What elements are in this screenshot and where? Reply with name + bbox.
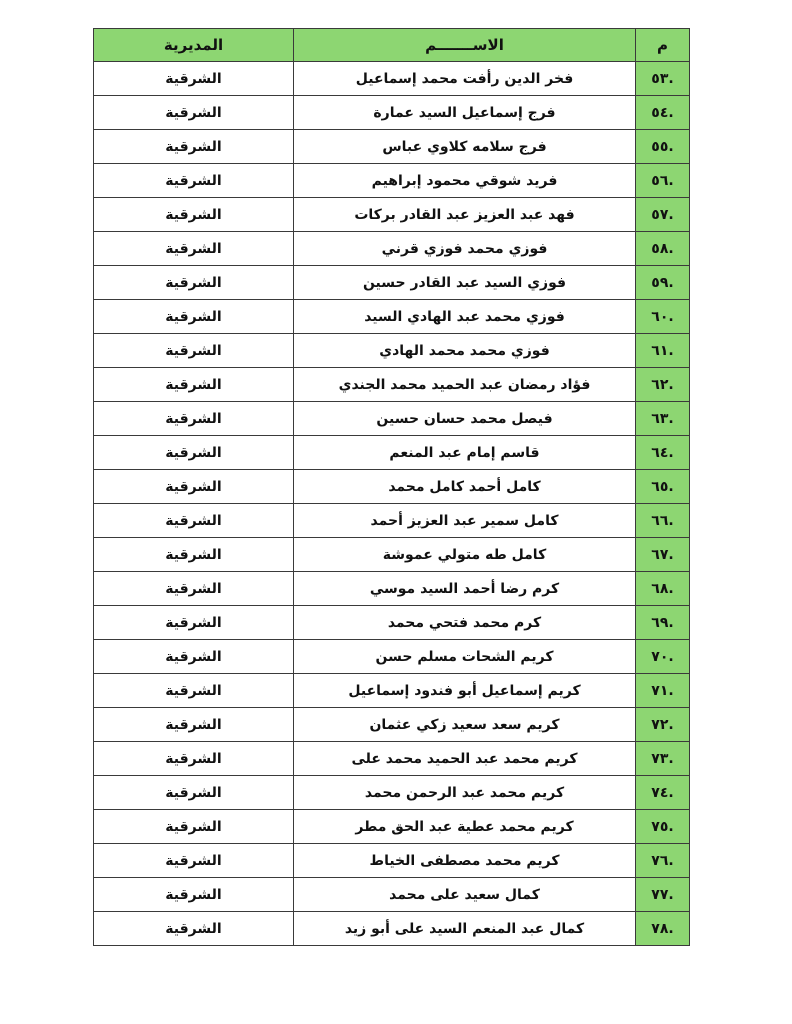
table-row: .٧٧كمال سعيد على محمدالشرقية: [94, 878, 690, 912]
row-name: فوزي محمد محمد الهادي: [294, 334, 636, 368]
row-number: .٥٥: [636, 130, 690, 164]
table-row: .٦٦كامل سمير عبد العزيز أحمدالشرقية: [94, 504, 690, 538]
row-directorate: الشرقية: [94, 232, 294, 266]
row-number: .٧٨: [636, 912, 690, 946]
names-table: م الاســـــــم المديرية .٥٣فخر الدين رأف…: [93, 28, 690, 946]
row-number: .٧٥: [636, 810, 690, 844]
row-name: كريم محمد عطية عبد الحق مطر: [294, 810, 636, 844]
row-name: فوزي السيد عبد القادر حسين: [294, 266, 636, 300]
table-row: .٥٤فرج إسماعيل السيد عمارةالشرقية: [94, 96, 690, 130]
table-row: .٧١كريم إسماعيل أبو فندود إسماعيلالشرقية: [94, 674, 690, 708]
row-directorate: الشرقية: [94, 62, 294, 96]
row-directorate: الشرقية: [94, 912, 294, 946]
row-number: .٧٣: [636, 742, 690, 776]
table-row: .٧٨كمال عبد المنعم السيد على أبو زيدالشر…: [94, 912, 690, 946]
document-page: م الاســـــــم المديرية .٥٣فخر الدين رأف…: [0, 0, 792, 1024]
table-row: .٧٠كريم الشحات مسلم حسنالشرقية: [94, 640, 690, 674]
row-number: .٥٦: [636, 164, 690, 198]
row-directorate: الشرقية: [94, 708, 294, 742]
row-directorate: الشرقية: [94, 470, 294, 504]
table-row: .٥٨فوزي محمد فوزي قرنيالشرقية: [94, 232, 690, 266]
row-number: .٥٣: [636, 62, 690, 96]
row-name: فرج سلامه كلاوي عباس: [294, 130, 636, 164]
table-row: .٦٢فؤاد رمضان عبد الحميد محمد الجنديالشر…: [94, 368, 690, 402]
row-name: كريم محمد مصطفى الخياط: [294, 844, 636, 878]
table-row: .٦٩كرم محمد فتحي محمدالشرقية: [94, 606, 690, 640]
row-number: .٦٠: [636, 300, 690, 334]
row-name: كرم محمد فتحي محمد: [294, 606, 636, 640]
row-name: كرم رضا أحمد السيد موسي: [294, 572, 636, 606]
row-name: كريم محمد عبد الرحمن محمد: [294, 776, 636, 810]
row-number: .٦٦: [636, 504, 690, 538]
row-number: .٦٥: [636, 470, 690, 504]
row-number: .٥٧: [636, 198, 690, 232]
row-number: .٦٧: [636, 538, 690, 572]
table-row: .٦١فوزي محمد محمد الهاديالشرقية: [94, 334, 690, 368]
row-number: .٧٦: [636, 844, 690, 878]
row-name: فوزي محمد عبد الهادي السيد: [294, 300, 636, 334]
table-row: .٦٨كرم رضا أحمد السيد موسيالشرقية: [94, 572, 690, 606]
table-row: .٥٧فهد عبد العزيز عبد القادر بركاتالشرقي…: [94, 198, 690, 232]
row-directorate: الشرقية: [94, 572, 294, 606]
row-number: .٦٣: [636, 402, 690, 436]
row-name: كريم الشحات مسلم حسن: [294, 640, 636, 674]
table-row: .٥٣فخر الدين رأفت محمد إسماعيلالشرقية: [94, 62, 690, 96]
table-row: .٧٢كريم سعد سعيد زكي عثمانالشرقية: [94, 708, 690, 742]
header-name: الاســـــــم: [294, 29, 636, 62]
row-number: .٥٩: [636, 266, 690, 300]
row-number: .٦١: [636, 334, 690, 368]
row-name: كامل سمير عبد العزيز أحمد: [294, 504, 636, 538]
row-name: كمال عبد المنعم السيد على أبو زيد: [294, 912, 636, 946]
row-directorate: الشرقية: [94, 742, 294, 776]
row-directorate: الشرقية: [94, 844, 294, 878]
row-name: فرج إسماعيل السيد عمارة: [294, 96, 636, 130]
row-directorate: الشرقية: [94, 436, 294, 470]
table-row: .٦٠فوزي محمد عبد الهادي السيدالشرقية: [94, 300, 690, 334]
row-number: .٦٤: [636, 436, 690, 470]
row-name: كامل طه متولي عموشة: [294, 538, 636, 572]
table-row: .٧٤كريم محمد عبد الرحمن محمدالشرقية: [94, 776, 690, 810]
row-directorate: الشرقية: [94, 198, 294, 232]
table-row: .٦٤قاسم إمام عبد المنعمالشرقية: [94, 436, 690, 470]
row-name: كريم إسماعيل أبو فندود إسماعيل: [294, 674, 636, 708]
row-number: .٧١: [636, 674, 690, 708]
row-directorate: الشرقية: [94, 504, 294, 538]
row-number: .٥٨: [636, 232, 690, 266]
table-row: .٧٦كريم محمد مصطفى الخياطالشرقية: [94, 844, 690, 878]
row-directorate: الشرقية: [94, 368, 294, 402]
table-header-row: م الاســـــــم المديرية: [94, 29, 690, 62]
row-number: .٦٢: [636, 368, 690, 402]
row-name: فيصل محمد حسان حسين: [294, 402, 636, 436]
table-row: .٥٥فرج سلامه كلاوي عباسالشرقية: [94, 130, 690, 164]
row-directorate: الشرقية: [94, 334, 294, 368]
table-row: .٦٧كامل طه متولي عموشةالشرقية: [94, 538, 690, 572]
row-name: فؤاد رمضان عبد الحميد محمد الجندي: [294, 368, 636, 402]
table-row: .٥٦فريد شوقي محمود إبراهيمالشرقية: [94, 164, 690, 198]
table-row: .٥٩فوزي السيد عبد القادر حسينالشرقية: [94, 266, 690, 300]
row-name: فريد شوقي محمود إبراهيم: [294, 164, 636, 198]
row-directorate: الشرقية: [94, 606, 294, 640]
row-number: .٥٤: [636, 96, 690, 130]
row-directorate: الشرقية: [94, 130, 294, 164]
row-directorate: الشرقية: [94, 300, 294, 334]
row-name: كامل أحمد كامل محمد: [294, 470, 636, 504]
row-directorate: الشرقية: [94, 674, 294, 708]
row-number: .٧٢: [636, 708, 690, 742]
row-name: فهد عبد العزيز عبد القادر بركات: [294, 198, 636, 232]
row-directorate: الشرقية: [94, 164, 294, 198]
row-number: .٧٤: [636, 776, 690, 810]
table-row: .٦٥كامل أحمد كامل محمدالشرقية: [94, 470, 690, 504]
row-number: .٧٧: [636, 878, 690, 912]
row-directorate: الشرقية: [94, 776, 294, 810]
row-name: قاسم إمام عبد المنعم: [294, 436, 636, 470]
row-name: فخر الدين رأفت محمد إسماعيل: [294, 62, 636, 96]
row-directorate: الشرقية: [94, 810, 294, 844]
table-row: .٦٣فيصل محمد حسان حسينالشرقية: [94, 402, 690, 436]
row-directorate: الشرقية: [94, 266, 294, 300]
row-directorate: الشرقية: [94, 640, 294, 674]
row-directorate: الشرقية: [94, 96, 294, 130]
table-row: .٧٥كريم محمد عطية عبد الحق مطرالشرقية: [94, 810, 690, 844]
row-number: .٧٠: [636, 640, 690, 674]
row-name: كريم سعد سعيد زكي عثمان: [294, 708, 636, 742]
row-number: .٦٨: [636, 572, 690, 606]
header-directorate: المديرية: [94, 29, 294, 62]
row-directorate: الشرقية: [94, 538, 294, 572]
row-directorate: الشرقية: [94, 402, 294, 436]
row-number: .٦٩: [636, 606, 690, 640]
table-row: .٧٣كريم محمد عبد الحميد محمد علىالشرقية: [94, 742, 690, 776]
row-directorate: الشرقية: [94, 878, 294, 912]
row-name: كمال سعيد على محمد: [294, 878, 636, 912]
header-number: م: [636, 29, 690, 62]
row-name: كريم محمد عبد الحميد محمد على: [294, 742, 636, 776]
row-name: فوزي محمد فوزي قرني: [294, 232, 636, 266]
